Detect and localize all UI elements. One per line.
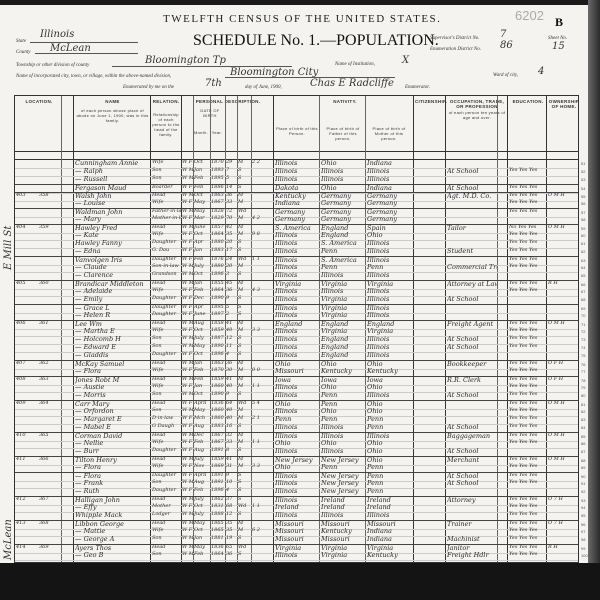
age: 36 [226, 192, 237, 198]
birth-year: 1896 [211, 351, 225, 357]
color-sex: W F [182, 311, 194, 317]
marital-status: M [238, 360, 251, 366]
marital-status: S [238, 335, 251, 341]
person-name: — Mabel E [75, 423, 150, 431]
color-sex: W M [182, 496, 194, 502]
table-row: — Geo BSonW MFeb186436SIllinoisVirginiaK… [15, 552, 578, 561]
education: Yes Yes Yes [509, 439, 546, 445]
birth-month: Oct [194, 351, 210, 357]
age: 9 [226, 472, 237, 478]
color-sex: W F [182, 463, 194, 469]
line-number: 97 [581, 529, 585, 534]
relation: Head [152, 376, 181, 382]
birth-month: May [194, 520, 210, 526]
age: 14 [226, 184, 237, 190]
education: Yes Yes Yes [509, 231, 546, 237]
education: Yes Yes Yes [509, 544, 546, 550]
person-name: — Adelaide [75, 287, 150, 295]
person-name: Whipple Mack [75, 511, 150, 519]
father-birthplace: Germany [321, 199, 365, 207]
birth-month: Apr [194, 239, 210, 245]
header-relation: RELATION. [151, 99, 181, 104]
house-number: 411 [16, 456, 38, 462]
birthplace: Illinois [275, 383, 319, 391]
line-number: 95 [581, 513, 585, 518]
birth-year: 1887 [211, 335, 225, 341]
line-number: 70 [581, 313, 585, 318]
marital-status: S [238, 391, 251, 397]
birth-year: 1883 [211, 423, 225, 429]
birthplace: Illinois [275, 159, 319, 167]
line-number: 61 [581, 241, 585, 246]
birth-year: 1865 [211, 527, 225, 533]
person-name: — Mary [75, 215, 150, 223]
line-number: 99 [581, 546, 585, 551]
birth-month: Feb [194, 551, 210, 557]
father-birthplace: Ohio [321, 407, 365, 415]
age: 68 [226, 503, 237, 509]
occupation: At School [447, 423, 497, 431]
occupation: Merchant [447, 456, 497, 464]
children-count: 2 2 [252, 159, 273, 165]
marital-status: M [238, 456, 251, 462]
birth-month: Oct [194, 192, 210, 198]
marital-status: M [238, 287, 251, 293]
age: 19 [226, 535, 237, 541]
age: 4 [226, 351, 237, 357]
birth-year: 1888 [211, 511, 225, 517]
home-ownership: O M H [548, 432, 579, 438]
color-sex: W F [182, 215, 194, 221]
age: 17 [226, 247, 237, 253]
education: Yes Yes Yes [509, 423, 546, 429]
age: 12 [226, 511, 237, 517]
birth-year: 1870 [211, 159, 225, 165]
house-number: 412 [16, 496, 38, 502]
mother-birthplace: Kentucky [367, 367, 413, 375]
line-number: 84 [581, 425, 585, 430]
birth-year: 1891 [211, 479, 225, 485]
education: Yes Yes Yes [509, 415, 546, 421]
marital-status: M [238, 407, 251, 413]
family-number: 363 [39, 376, 61, 382]
header-citizenship: CITIZENSHIP. [415, 99, 445, 104]
line-number: 79 [581, 385, 585, 390]
father-birthplace: Penn [321, 263, 365, 271]
father-birthplace: New Jersey [321, 487, 365, 495]
header-place-person: Place of birth of this Person. [275, 126, 319, 136]
birth-year: 1858 [211, 320, 225, 326]
color-sex: W M [182, 391, 194, 397]
marital-status: S [238, 247, 251, 253]
mother-birthplace: Indiana [367, 184, 413, 192]
header-place-father: Place of birth of Father of this person. [321, 126, 365, 141]
birthplace: Illinois [275, 335, 319, 343]
birthplace: Illinois [275, 343, 319, 351]
father-birthplace: Ohio [321, 439, 365, 447]
relation: Son [152, 343, 181, 349]
birth-year: 1865 [211, 520, 225, 526]
birthplace: Missouri [275, 367, 319, 375]
color-sex: W M [182, 376, 194, 382]
person-name: — Margaret E [75, 415, 150, 423]
header-occupation-sub: of each person ten years of age and over… [447, 110, 507, 120]
relation: Head [152, 192, 181, 198]
line-number: 88 [581, 458, 585, 463]
age: 4 [226, 487, 237, 493]
line-number: 62 [581, 249, 585, 254]
marital-status: M [238, 224, 251, 230]
mother-birthplace: Illinois [367, 335, 413, 343]
line-number: 64 [581, 265, 585, 270]
age: 29 [226, 159, 237, 165]
marital-status: S [238, 479, 251, 485]
ward-label: Ward of city, [493, 73, 518, 78]
father-birthplace: Penn [321, 391, 365, 399]
house-number: 409 [16, 400, 38, 406]
birth-month: Apr [194, 304, 210, 310]
mother-birthplace: Ohio [367, 383, 413, 391]
birth-year: 1890 [211, 391, 225, 397]
color-sex: W M [182, 175, 194, 181]
birthplace: Illinois [275, 311, 319, 319]
home-ownership: O M H [548, 224, 579, 230]
occupation: Baggageman [447, 432, 497, 440]
education: Yes Yes Yes [509, 520, 546, 526]
header-relation-sub: Relationship of each person to the head … [151, 112, 181, 137]
education: Yes Yes Yes [509, 367, 546, 373]
birthplace: Missouri [275, 527, 319, 535]
color-sex: W F [182, 184, 194, 190]
color-sex: W F [182, 304, 194, 310]
header-ownership: OWNERSHIP OF HOME. [548, 99, 580, 109]
relation: Wife [152, 463, 181, 469]
education: Yes Yes Yes [509, 511, 546, 517]
birthplace: Germany [275, 215, 319, 223]
birthplace: Illinois [275, 167, 319, 175]
relation: Son [152, 535, 181, 541]
mother-birthplace: Ireland [367, 503, 413, 511]
age: 3 [226, 271, 237, 277]
age: 35 [226, 520, 237, 526]
education: Yes Yes Yes [509, 527, 546, 533]
house-number: 403 [16, 192, 38, 198]
birthplace: Illinois [275, 511, 319, 519]
person-name: — Helen R [75, 311, 150, 319]
color-sex: W F [182, 295, 194, 301]
person-name: — Gladdis [75, 351, 150, 359]
marital-status: M [238, 520, 251, 526]
occupation: At School [447, 343, 497, 351]
relation: Son-in-law [152, 263, 181, 269]
line-number: 83 [581, 417, 585, 422]
education: Yes Yes Yes [509, 503, 546, 509]
header-column-number-line [15, 151, 578, 152]
birthplace: Illinois [275, 175, 319, 183]
mother-birthplace: Illinois [367, 351, 413, 359]
header-occupation: OCCUPATION, TRADE, OR PROFESSION [447, 99, 507, 109]
person-name: — Orfordon [75, 407, 150, 415]
age: 24 [226, 256, 237, 262]
mother-birthplace: Germany [367, 215, 413, 223]
education: Yes Yes Yes [509, 327, 546, 333]
color-sex: W M [182, 407, 194, 413]
family-number: 359 [39, 224, 61, 230]
children-count: 3 3 [252, 327, 273, 333]
birthplace: Missouri [275, 535, 319, 543]
relation: Head [152, 456, 181, 462]
father-birthplace: Penn [321, 415, 365, 423]
birth-year: 1860 [211, 415, 225, 421]
birth-year: 1891 [211, 472, 225, 478]
age: 7 [226, 167, 237, 173]
relation: Wife [152, 231, 181, 237]
marital-status: M [238, 280, 251, 286]
relation: Head [152, 400, 181, 406]
person-name: — Geo B [75, 551, 150, 559]
mother-birthplace: Illinois [367, 311, 413, 319]
education: Yes Yes Yes [509, 479, 546, 485]
color-sex: W M [182, 479, 194, 485]
line-number: 75 [581, 353, 585, 358]
family-number: 361 [39, 320, 61, 326]
birth-month: May [194, 544, 210, 550]
relation: Wife [152, 383, 181, 389]
occupation: Machinist [447, 535, 497, 543]
age: 36 [226, 551, 237, 557]
birthplace: Illinois [275, 287, 319, 295]
color-sex: W M [182, 335, 194, 341]
age: 45 [226, 280, 237, 286]
mother-birthplace: Illinois [367, 287, 413, 295]
birthplace: Illinois [275, 551, 319, 559]
person-name: — Mattie [75, 527, 150, 535]
education: Yes Yes Yes [509, 208, 546, 214]
birth-year: 1828 [211, 208, 225, 214]
mother-birthplace: Illinois [367, 391, 413, 399]
relation: Head [152, 360, 181, 366]
header-name-sub: of each person whose place of abode on J… [75, 108, 150, 123]
education: Yes Yes Yes [509, 376, 546, 382]
occupation: Tailor [447, 224, 497, 232]
mother-birthplace: Illinois [367, 511, 413, 519]
marital-status: S [238, 295, 251, 301]
county-label: County [16, 50, 30, 55]
marital-status: M [238, 415, 251, 421]
marital-status: M [238, 463, 251, 469]
birth-month: Aug [194, 320, 210, 326]
birth-year: 1896 [211, 487, 225, 493]
birth-month: June [194, 311, 210, 317]
father-birthplace: Virginia [321, 327, 365, 335]
marital-status: S [238, 239, 251, 245]
education: Yes Yes Yes [509, 383, 546, 389]
mother-birthplace: Kentucky [367, 551, 413, 559]
line-number: 85 [581, 434, 585, 439]
color-sex: W M [182, 432, 194, 438]
header-month: Month. [192, 130, 210, 135]
census-table: LOCATION. NAME of each person whose plac… [14, 95, 579, 563]
father-birthplace: England [321, 351, 365, 359]
age: 41 [226, 320, 237, 326]
education: Yes Yes Yes [509, 343, 546, 349]
birth-month: Oct [194, 159, 210, 165]
relation: Daughter [152, 487, 181, 493]
relation: Daughter [152, 256, 181, 262]
relation: G. Dau [152, 247, 181, 253]
line-number: 71 [581, 322, 585, 327]
sheet-number: 15 [552, 41, 565, 52]
relation: Son [152, 479, 181, 485]
birth-year: 1869 [211, 463, 225, 469]
occupation: Freight Agent [447, 320, 497, 328]
family-number: 368 [39, 520, 61, 526]
father-birthplace: Ohio [321, 184, 365, 192]
relation: Head [152, 520, 181, 526]
township-value: Bloomington Tp [145, 55, 226, 66]
age: 70 [226, 215, 237, 221]
education: Yes Yes Yes [509, 551, 546, 557]
home-ownership: O M H [548, 320, 579, 326]
color-sex: W F [182, 159, 194, 165]
person-name: — Claude [75, 263, 150, 271]
house-number: 406 [16, 320, 38, 326]
document-title: TWELFTH CENSUS OF THE UNITED STATES. [163, 13, 441, 25]
birth-year: 1890 [211, 343, 225, 349]
education: Yes Yes Yes [509, 199, 546, 205]
age: 35 [226, 231, 237, 237]
line-number: 58 [581, 217, 585, 222]
relation: Wife [152, 287, 181, 293]
line-number: 65 [581, 273, 585, 278]
birth-year: 1831 [211, 503, 225, 509]
birth-year: 1895 [211, 304, 225, 310]
birthplace: Illinois [275, 479, 319, 487]
line-number: 78 [581, 378, 585, 383]
line-number: 87 [581, 449, 585, 454]
relation: Wife [152, 439, 181, 445]
father-birthplace: Kentucky [321, 527, 365, 535]
marital-status: M [238, 320, 251, 326]
birthplace: Ohio [275, 439, 319, 447]
birthplace: Indiana [275, 199, 319, 207]
line-number: 82 [581, 409, 585, 414]
occupation: At School [447, 167, 497, 175]
line-number: 57 [581, 210, 585, 215]
birth-month: July [194, 335, 210, 341]
line-number: 63 [581, 258, 585, 263]
person-name: — Edna [75, 247, 150, 255]
person-name: — Martha E [75, 327, 150, 335]
birth-month: July [194, 496, 210, 502]
birth-month: Feb [194, 256, 210, 262]
birthplace: Illinois [275, 351, 319, 359]
age: 64 [226, 400, 237, 406]
birth-year: 1859 [211, 456, 225, 462]
line-number: 76 [581, 362, 585, 367]
line-number: 51 [581, 161, 585, 166]
person-name: — Flora [75, 463, 150, 471]
birth-year: 1881 [211, 535, 225, 541]
children-count: 9 8 [252, 231, 273, 237]
birth-year: 1857 [211, 224, 225, 230]
age: 31 [226, 463, 237, 469]
person-name: — Edward E [75, 343, 150, 351]
father-birthplace: Ohio [321, 159, 365, 167]
relation: Daughter [152, 447, 181, 453]
education: Yes Yes Yes [509, 456, 546, 462]
person-name: — Nellie [75, 439, 150, 447]
children-count: 6 2 [252, 527, 273, 533]
father-birthplace: England [321, 231, 365, 239]
header-year: Year. [210, 130, 224, 135]
father-birthplace: Penn [321, 463, 365, 471]
line-number: 98 [581, 537, 585, 542]
marital-status: M [238, 159, 251, 165]
color-sex: W F [182, 287, 194, 293]
line-number: 89 [581, 465, 585, 470]
home-ownership: O M H [548, 400, 579, 406]
person-name: — Austie [75, 383, 150, 391]
birth-month: Feb [194, 439, 210, 445]
marital-status: S [238, 535, 251, 541]
age: 9 [226, 391, 237, 397]
relation: Lodger [152, 511, 181, 517]
color-sex: W F [182, 247, 194, 253]
birth-year: 1883 [211, 247, 225, 253]
marital-status: Wd [238, 208, 251, 214]
relation: Head [152, 280, 181, 286]
age: 36 [226, 287, 237, 293]
relation: Boarder [152, 184, 181, 190]
color-sex: W M [182, 280, 194, 286]
birth-month: June [194, 224, 210, 230]
color-sex: W M [182, 520, 194, 526]
relation: Wife [152, 527, 181, 533]
birth-month: Oct [194, 391, 210, 397]
birth-month: Oct [194, 503, 210, 509]
enumerated-label: Enumerated by me on the [123, 85, 174, 90]
education: Yes Yes Yes [509, 263, 546, 269]
birth-year: 1859 [211, 327, 225, 333]
birth-month: April [194, 400, 210, 406]
state-value: Illinois [40, 29, 74, 40]
education: Yes Yes Yes [509, 432, 546, 438]
line-number: 81 [581, 402, 585, 407]
education: Yes Yes Yes [509, 335, 546, 341]
age: 65 [226, 544, 237, 550]
age: 30 [226, 367, 237, 373]
line-number: 86 [581, 441, 585, 446]
relation: Head [152, 544, 181, 550]
mother-birthplace: Illinois [367, 247, 413, 255]
relation: Head [152, 496, 181, 502]
education: Yes Yes Yes [509, 184, 546, 190]
birth-month: Oct [194, 527, 210, 533]
father-birthplace: Penn [321, 247, 365, 255]
birth-year: 1880 [211, 263, 225, 269]
relation: Daughter [152, 351, 181, 357]
mother-birthplace: Germany [367, 199, 413, 207]
birth-month: Mar [194, 215, 210, 221]
relation: Head [152, 224, 181, 230]
color-sex: W M [182, 271, 194, 277]
relation: Wife [152, 199, 181, 205]
occupation: Bookkeeper [447, 360, 497, 368]
relation: Son [152, 175, 181, 181]
birth-month: Jan [194, 383, 210, 389]
age: 5 [226, 175, 237, 181]
